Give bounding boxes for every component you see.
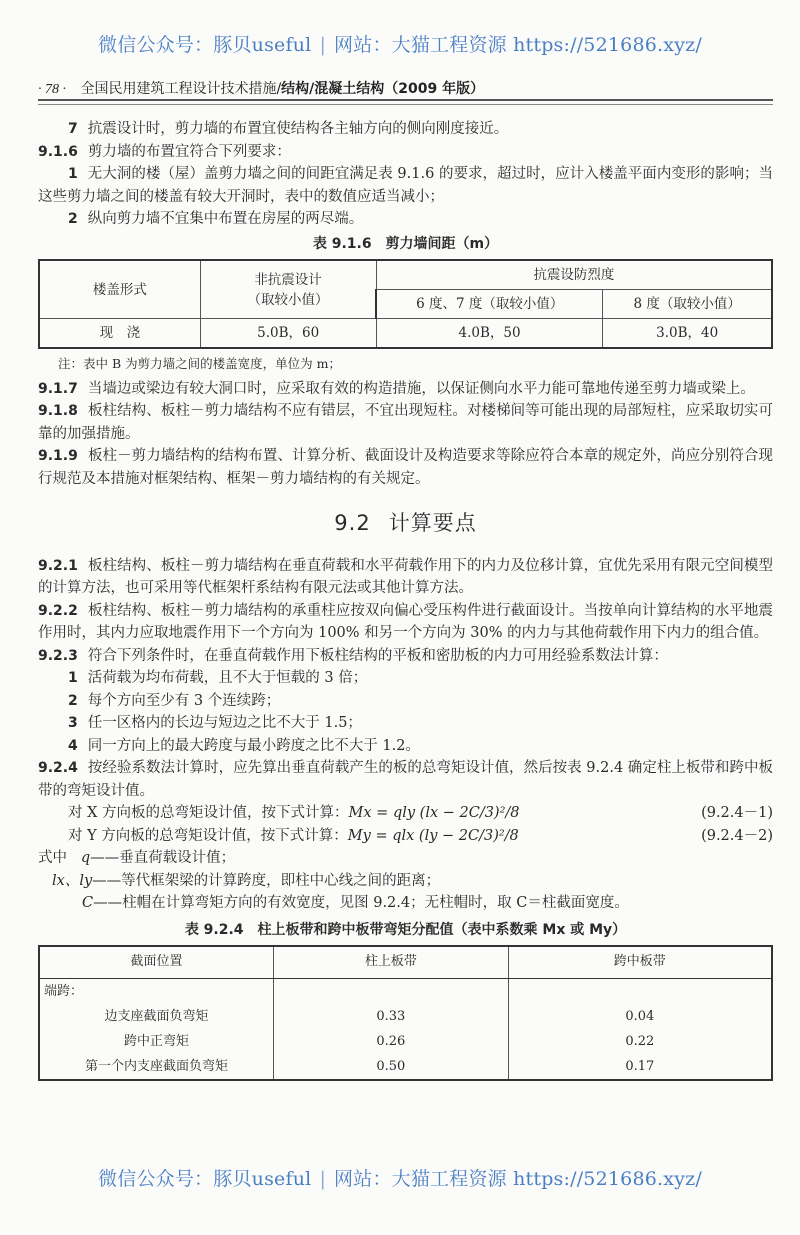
watermark-separator: |: [319, 34, 326, 56]
clause-9-2-1: 9.2.1板柱结构、板柱－剪力墙结构在垂直荷载和水平荷载作用下的内力及位移计算，…: [38, 555, 773, 600]
clause-9-1-6: 9.1.6剪力墙的布置宜符合下列要求：: [38, 141, 773, 164]
header-seismic-intensity: 抗震设防烈度: [376, 260, 772, 290]
watermark-right: 网站：大猫工程资源 https://521686.xyz/: [334, 34, 702, 56]
header-rule: [38, 99, 773, 105]
clause-9-2-3: 9.2.3符合下列条件时，在垂直荷载作用下板柱结构的平板和密肋板的内力可用经验系…: [38, 645, 773, 668]
formula-9-2-4-1: 对 X 方向板的总弯矩设计值，按下式计算：Mx = qly (lx − 2C/3…: [38, 802, 773, 825]
section-title: 计算要点: [389, 511, 477, 535]
condition-4: 4同一方向上的最大跨度与最小跨度之比不大于 1.2。: [38, 735, 773, 758]
clause-9-2-4: 9.2.4按经验系数法计算时，应先算出垂直荷载产生的板的总弯矩设计值，然后按表 …: [38, 757, 773, 802]
table-group-row: 端跨：: [39, 978, 772, 1004]
table-row: 现 浇 5.0B，60 4.0B，50 3.0B，40: [39, 319, 772, 349]
formula-label: (9.2.4－2): [701, 825, 773, 848]
header-non-seismic: 非抗震设计（取较小值）: [200, 260, 376, 319]
formula-expression: My = qlx (ly − 2C/3)²/8: [348, 828, 519, 844]
book-subtitle: 结构/混凝土结构（2009 年版）: [281, 81, 484, 97]
section-heading: 9.2计算要点: [38, 512, 773, 535]
running-head: · 78 · 全国民用建筑工程设计技术措施/结构/混凝土结构（2009 年版）: [38, 78, 484, 98]
condition-2: 2每个方向至少有 3 个连续跨；: [38, 690, 773, 713]
clause-9-1-7: 9.1.7当墙边或梁边有较大洞口时，应采取有效的构造措施，以保证侧向水平力能可靠…: [38, 378, 773, 401]
item-7: 7抗震设计时，剪力墙的布置宜使结构各主轴方向的侧向刚度接近。: [38, 118, 773, 141]
formula-label: (9.2.4－1): [701, 802, 773, 825]
formula-expression: Mx = qly (lx − 2C/3)²/8: [349, 805, 520, 821]
condition-3: 3任一区格内的长边与短边之比不大于 1.5；: [38, 712, 773, 735]
table-row: 边支座截面负弯矩0.330.04: [39, 1004, 772, 1029]
table-row: 第一个内支座截面负弯矩0.500.17: [39, 1054, 772, 1080]
table-row: 跨中正弯矩0.260.22: [39, 1029, 772, 1054]
definition-q: 式中 q——垂直荷载设计值；: [38, 847, 773, 870]
table-9-1-6: 楼盖形式 非抗震设计（取较小值） 抗震设防烈度 6 度、7 度（取较小值） 8 …: [38, 259, 773, 349]
clause-9-2-2: 9.2.2板柱结构、板柱－剪力墙结构的承重柱应按双向偏心受压构件进行截面设计。当…: [38, 600, 773, 645]
section-number: 9.2: [334, 511, 370, 535]
clause-9-1-8: 9.1.8板柱结构、板柱－剪力墙结构不应有错层，不宜出现短柱。对楼梯间等可能出现…: [38, 400, 773, 445]
header-floor-type: 楼盖形式: [39, 260, 200, 319]
table-9-2-4: 截面位置 柱上板带 跨中板带 端跨： 边支座截面负弯矩0.330.04 跨中正弯…: [38, 945, 773, 1081]
page-body: 7抗震设计时，剪力墙的布置宜使结构各主轴方向的侧向刚度接近。 9.1.6剪力墙的…: [38, 118, 773, 1081]
table-9-1-6-note: 注：表中 B 为剪力墙之间的楼盖宽度，单位为 m；: [38, 353, 773, 376]
clause-9-1-6-item-1: 1无大洞的楼（屋）盖剪力墙之间的间距宜满足表 9.1.6 的要求，超过时，应计入…: [38, 163, 773, 208]
definition-c: C——柱帽在计算弯矩方向的有效宽度，见图 9.2.4；无柱帽时，取 C＝柱截面宽…: [38, 892, 773, 915]
watermark-left: 微信公众号：豚贝useful: [98, 34, 311, 56]
header-deg-6-7: 6 度、7 度（取较小值）: [376, 290, 603, 319]
clause-9-1-9: 9.1.9板柱－剪力墙结构的结构布置、计算分析、截面设计及构造要求等除应符合本章…: [38, 445, 773, 490]
book-title: 全国民用建筑工程设计技术措施/: [80, 81, 281, 97]
formula-9-2-4-2: 对 Y 方向板的总弯矩设计值，按下式计算：My = qlx (ly − 2C/3…: [38, 825, 773, 848]
definition-l: lx、ly——等代框架梁的计算跨度，即柱中心线之间的距离；: [38, 870, 773, 893]
table-9-1-6-title: 表 9.1.6 剪力墙间距（m）: [38, 233, 773, 256]
condition-1: 1活荷载为均布荷载，且不大于恒载的 3 倍；: [38, 667, 773, 690]
watermark-top: 微信公众号：豚贝useful|网站：大猫工程资源 https://521686.…: [0, 30, 800, 57]
header-deg-8: 8 度（取较小值）: [603, 290, 772, 319]
clause-9-1-6-item-2: 2纵向剪力墙不宜集中布置在房屋的两尽端。: [38, 208, 773, 231]
watermark-bottom: 微信公众号：豚贝useful|网站：大猫工程资源 https://521686.…: [0, 1164, 800, 1191]
table-9-2-4-title: 表 9.2.4 柱上板带和跨中板带弯矩分配值（表中系数乘 Mx 或 My）: [38, 919, 773, 942]
page-number: · 78 ·: [38, 82, 66, 97]
